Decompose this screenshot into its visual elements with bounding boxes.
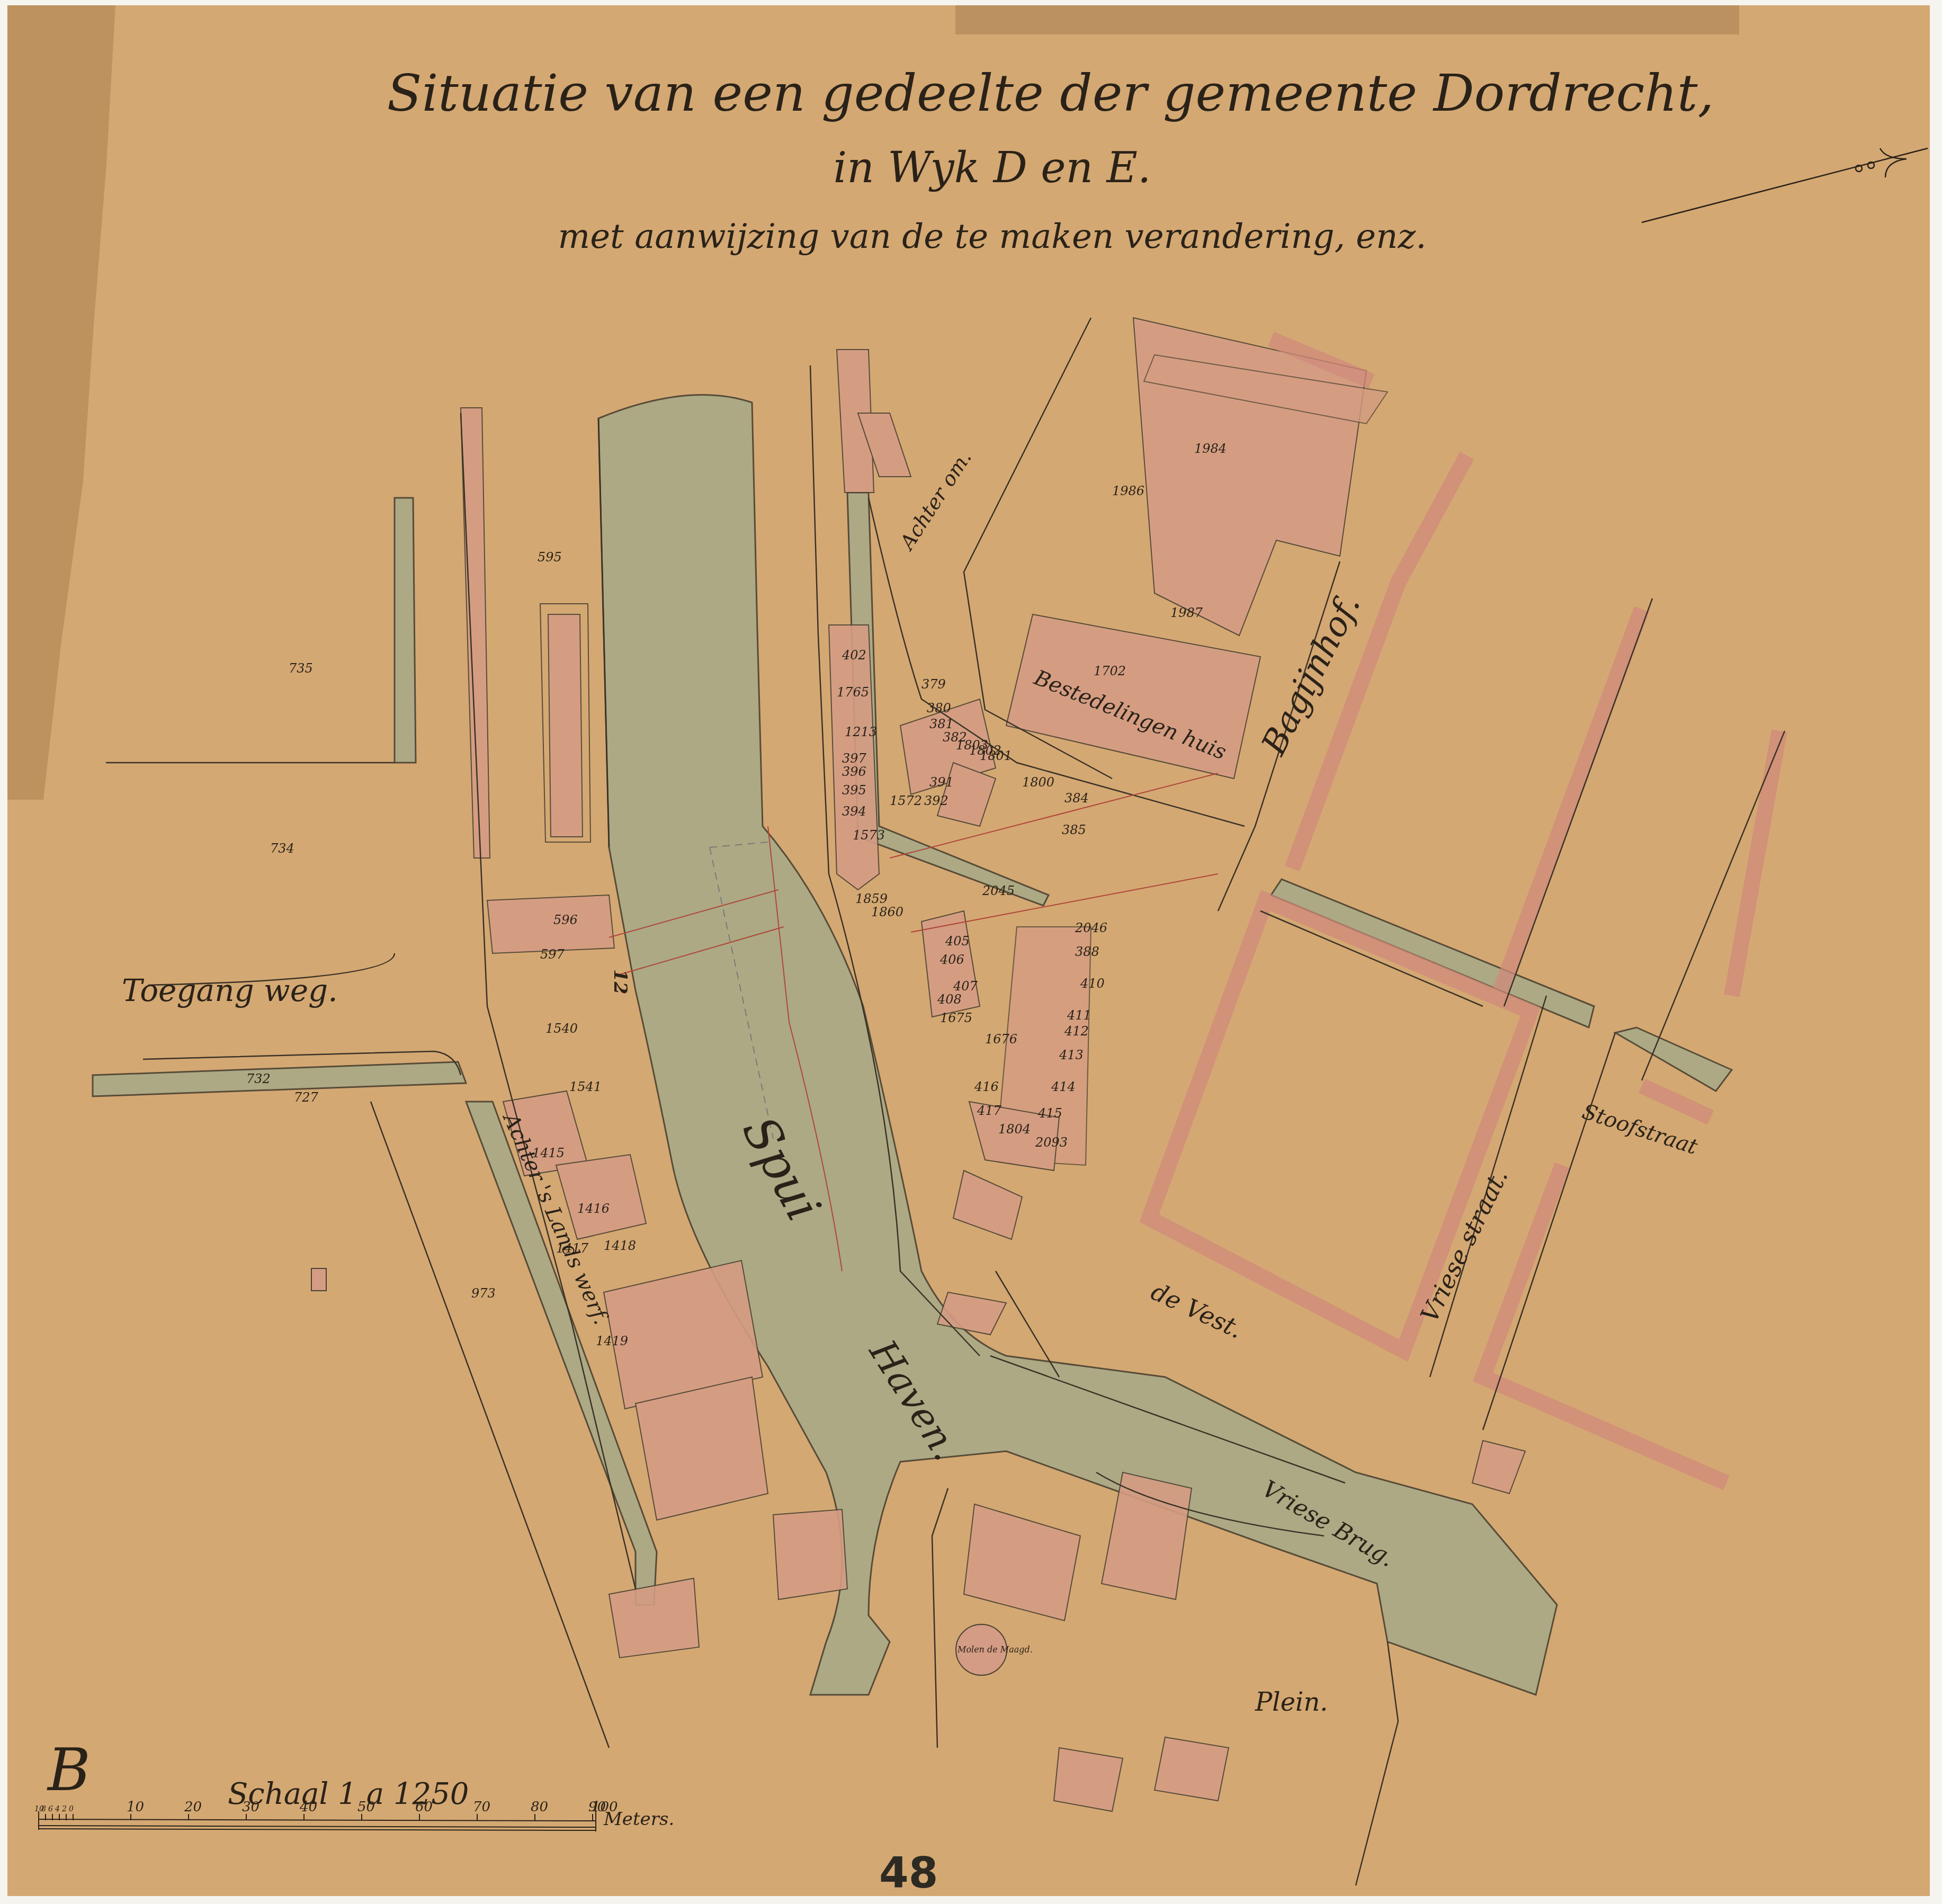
parcel-number: 407 [953, 979, 978, 994]
canal-vest [1271, 879, 1594, 1027]
parcel-number: 1418 [604, 1238, 636, 1253]
scale-unit: Meters. [604, 1809, 674, 1830]
canal-left [395, 498, 416, 763]
parcel-number: 597 [540, 947, 565, 962]
scale-tick-label: 6 [48, 1805, 53, 1813]
parcel-number: 381 [929, 717, 954, 731]
parcel-number: 1800 [1022, 775, 1054, 790]
parcel-number: 2046 [1075, 920, 1107, 935]
scale-tick-label: 80 [531, 1799, 548, 1815]
parcel-number: 416 [974, 1079, 999, 1094]
parcel-number: 1213 [845, 725, 877, 739]
parcel-number: 1540 [545, 1021, 578, 1036]
parcel-number: 408 [937, 992, 962, 1007]
parcel-number: 734 [270, 841, 294, 856]
label-de-vest: de Vest. [1147, 1277, 1247, 1344]
parcel-number: 1419 [596, 1334, 628, 1348]
parcel-number: 402 [842, 648, 866, 663]
parcel-number: 405 [945, 934, 970, 949]
parcel-number: 392 [924, 793, 948, 808]
parcel-number: 1676 [985, 1032, 1017, 1047]
parcel-number: 1675 [940, 1011, 972, 1025]
label-initial: B [47, 1736, 91, 1804]
parcel-number: 595 [538, 550, 562, 565]
parcel-number: 1765 [837, 685, 869, 700]
parcel-number: 1984 [1194, 441, 1227, 456]
parcel-number: 410 [1080, 976, 1105, 991]
scale-tick-label: 2 [61, 1805, 67, 1813]
map-subtitle: in Wyk D en E. [0, 143, 1942, 192]
parcel-number: 380 [927, 701, 951, 716]
scale-tick-label: 20 [184, 1799, 202, 1815]
parcel-number: 1860 [871, 905, 903, 919]
parcel-number: 735 [289, 661, 313, 676]
scale-tick-label: 0 [69, 1805, 74, 1813]
map-title: Situatie van een gedeelte der gemeente D… [0, 64, 1942, 123]
parcel-number: 391 [929, 775, 954, 790]
parcel-number: 1987 [1170, 605, 1203, 620]
parcel-number: 1804 [998, 1122, 1031, 1137]
parcel-number: 406 [939, 952, 964, 967]
parcel-number: 2045 [982, 883, 1015, 898]
label-bridge-width: 12 [610, 969, 631, 994]
parcel-number: 397 [842, 751, 867, 766]
parcel-number: 2093 [1035, 1135, 1068, 1150]
parcel-number: 1986 [1112, 484, 1144, 498]
scale-tick-label: 10 [127, 1799, 144, 1815]
parcel-number: 1801 [980, 748, 1012, 763]
parcel-number: 388 [1075, 944, 1099, 959]
scale-tick-label: 8 [41, 1805, 46, 1813]
canal-vriese [1615, 1027, 1732, 1091]
label-molen: Molen de Maagd. [957, 1644, 1033, 1655]
parcel-number: 417 [977, 1103, 1002, 1118]
parcel-number: 1541 [569, 1079, 602, 1094]
water-features [93, 395, 1732, 1695]
parcel-number: 1416 [577, 1201, 610, 1216]
cadastral-map: 7357347327279735955965971540154114151416… [0, 0, 1942, 1904]
parcel-number: 727 [294, 1090, 319, 1105]
label-bagijnhof: Bagijnhof. [1254, 588, 1368, 762]
label-toegang-weg: Toegang weg. [122, 972, 338, 1008]
parcel-number: 1859 [855, 891, 888, 906]
parcel-number: 1702 [1094, 664, 1126, 678]
parcel-number: 384 [1064, 791, 1089, 806]
parcel-number: 394 [842, 804, 866, 819]
small-structure [311, 1268, 326, 1291]
label-plein: Plein. [1255, 1687, 1328, 1717]
scale-title: Schaal 1 a 1250 [228, 1777, 469, 1811]
scale-tick-label: 4 [55, 1805, 60, 1813]
parcel-number: 412 [1064, 1024, 1089, 1039]
parcel-number: 1573 [853, 828, 885, 843]
parcel-number: 415 [1037, 1106, 1062, 1121]
canal-toegang [93, 1062, 466, 1096]
parcel-number: 395 [842, 783, 866, 798]
parcel-number: 385 [1062, 823, 1086, 837]
parcel-number: 973 [471, 1286, 496, 1301]
parcel-number: 396 [842, 764, 866, 779]
parcel-number: 596 [553, 913, 578, 927]
sheet-number: 48 [879, 1848, 938, 1898]
parcel-number: 414 [1051, 1079, 1076, 1094]
parcel-number: 379 [921, 677, 946, 692]
parcel-number: 413 [1059, 1048, 1084, 1062]
map-description: met aanwijzing van de te maken veranderi… [0, 217, 1942, 256]
scale-tick-label: 70 [473, 1799, 490, 1815]
parcel-number: 411 [1067, 1008, 1091, 1023]
parcel-number: 732 [246, 1071, 271, 1086]
parcel-number: 1572 [890, 793, 922, 808]
